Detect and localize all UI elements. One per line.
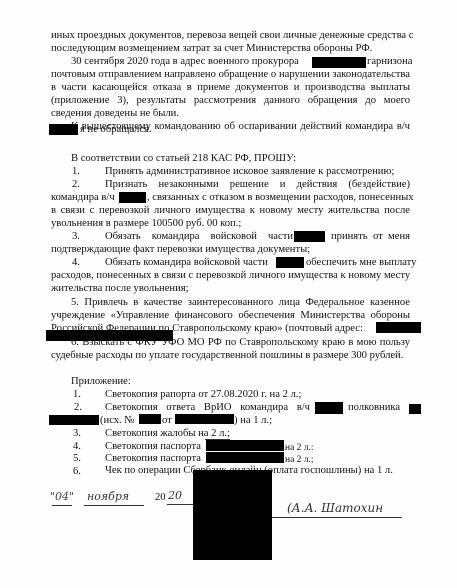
- attachment-number-3: 3.: [73, 428, 81, 440]
- signature-year-prefix: 20: [155, 492, 166, 504]
- attachment-2-c: (исх. №: [100, 415, 134, 427]
- request-2-line-2a: командира в/ч: [51, 192, 115, 204]
- request-3-line-2: подтверждающие факт перевозки имущества …: [51, 244, 310, 256]
- redaction-box: [206, 440, 284, 451]
- request-number-4: 4.: [72, 257, 80, 269]
- attachment-number-2: 2.: [74, 402, 82, 414]
- year-underline: [167, 504, 193, 505]
- request-2-line-1: Признать незаконными решение и действия …: [105, 179, 410, 191]
- prosecutor-line-3: в части касающейся отказа в приеме докум…: [51, 82, 410, 94]
- month-underline: [84, 505, 144, 506]
- attachment-number-4: 4.: [73, 441, 81, 453]
- redaction-box: [315, 402, 343, 414]
- signature-day: "04": [50, 490, 74, 503]
- prosecutor-line-4: (приложение 3), результаты рассмотрения …: [51, 95, 410, 107]
- prosecutor-line-1a: 30 сентября 2020 года в адрес военного п…: [71, 56, 299, 68]
- redaction-box: [49, 124, 78, 135]
- redaction-box: [175, 414, 234, 424]
- redaction-box: [276, 257, 304, 268]
- intro-line-1: иных проездных документов, перевоза веще…: [51, 30, 410, 42]
- attachment-2-b: полковника: [348, 402, 400, 414]
- request-6-line-1: 6. Взыскать с ФКУ УФО МО РФ по Ставропол…: [71, 337, 410, 349]
- redaction-box: [139, 414, 161, 424]
- request-3-line-1b: принять от меня: [331, 231, 410, 243]
- request-2-line-2b: , связанных с отказом в возмещении расхо…: [147, 192, 414, 204]
- request-4-line-1b: обеспечить мне выплату: [306, 257, 416, 269]
- request-2-line-3: в связи с перевозкой личного имущества к…: [51, 205, 410, 217]
- attachment-2-e: ) на 1 л.;: [234, 415, 272, 427]
- command-line-2: я не обращался.: [80, 124, 152, 136]
- request-4-line-1a: Обязать командира войсковой части: [105, 257, 268, 269]
- attachment-4-a: Светокопия паспорта: [105, 441, 201, 453]
- redaction-box: [119, 192, 146, 203]
- request-4-line-3: жительства после увольнения;: [51, 283, 189, 295]
- prosecutor-line-1b: гарнизона: [367, 56, 412, 68]
- redaction-box: [294, 231, 325, 242]
- attachment-2-d: от: [162, 415, 172, 427]
- intro-line-2: последующим возмещением затрат за счет М…: [51, 43, 372, 55]
- redaction-box: [312, 57, 366, 68]
- request-number-1: 1.: [72, 166, 80, 178]
- redaction-box: [376, 322, 421, 333]
- request-5-line-2: учреждение «Управление финансового обесп…: [51, 310, 410, 322]
- request-5-line-1: 5. Привлечь в качестве заинтересованного…: [71, 297, 410, 309]
- request-4-line-2: расходов, понесенных в связи с перевозко…: [51, 270, 410, 282]
- attachments-header: Приложение:: [71, 376, 131, 388]
- stamp-redaction-box: [193, 470, 272, 560]
- request-3-line-1a: Обязать командира войсковой части: [105, 231, 293, 243]
- attachment-number-6: 6.: [73, 466, 81, 478]
- request-1-line-1: Принять административное исковое заявлен…: [105, 166, 394, 178]
- attachment-number-1: 1.: [73, 389, 81, 401]
- request-number-3: 3.: [72, 231, 80, 243]
- signatory-name: (А.А. Шатохин: [287, 501, 383, 515]
- document-page: иных проездных документов, перевоза веще…: [0, 0, 457, 588]
- attachment-5-a: Светокопия паспорта: [105, 453, 201, 465]
- request-header: В соответствии со статьей 218 КАС РФ, ПР…: [71, 153, 296, 165]
- attachment-1: Светокопия рапорта от 27.08.2020 г. на 2…: [105, 389, 301, 401]
- signature-year-suffix: 20: [168, 489, 182, 502]
- attachment-number-5: 5.: [73, 453, 81, 465]
- redaction-box: [49, 415, 99, 425]
- attachment-2-a: Светокопия ответа ВрИО командира в/ч: [105, 402, 310, 414]
- day-underline: [52, 505, 72, 506]
- prosecutor-line-2: почтовым отправлением направлено обращен…: [51, 69, 410, 81]
- attachment-4-b: на 2 л.:: [285, 442, 314, 454]
- redaction-box: [409, 404, 421, 414]
- name-underline: [272, 517, 402, 518]
- request-2-line-4: увольнения в размере 100500 руб. 00 коп.…: [51, 218, 241, 230]
- request-number-2: 2.: [72, 179, 80, 191]
- signature-month: ноября: [87, 490, 129, 503]
- redaction-box: [206, 452, 284, 463]
- prosecutor-line-5: сведения доведены не были.: [51, 108, 179, 120]
- request-6-line-2: судебные расходы по уплате государственн…: [51, 350, 403, 362]
